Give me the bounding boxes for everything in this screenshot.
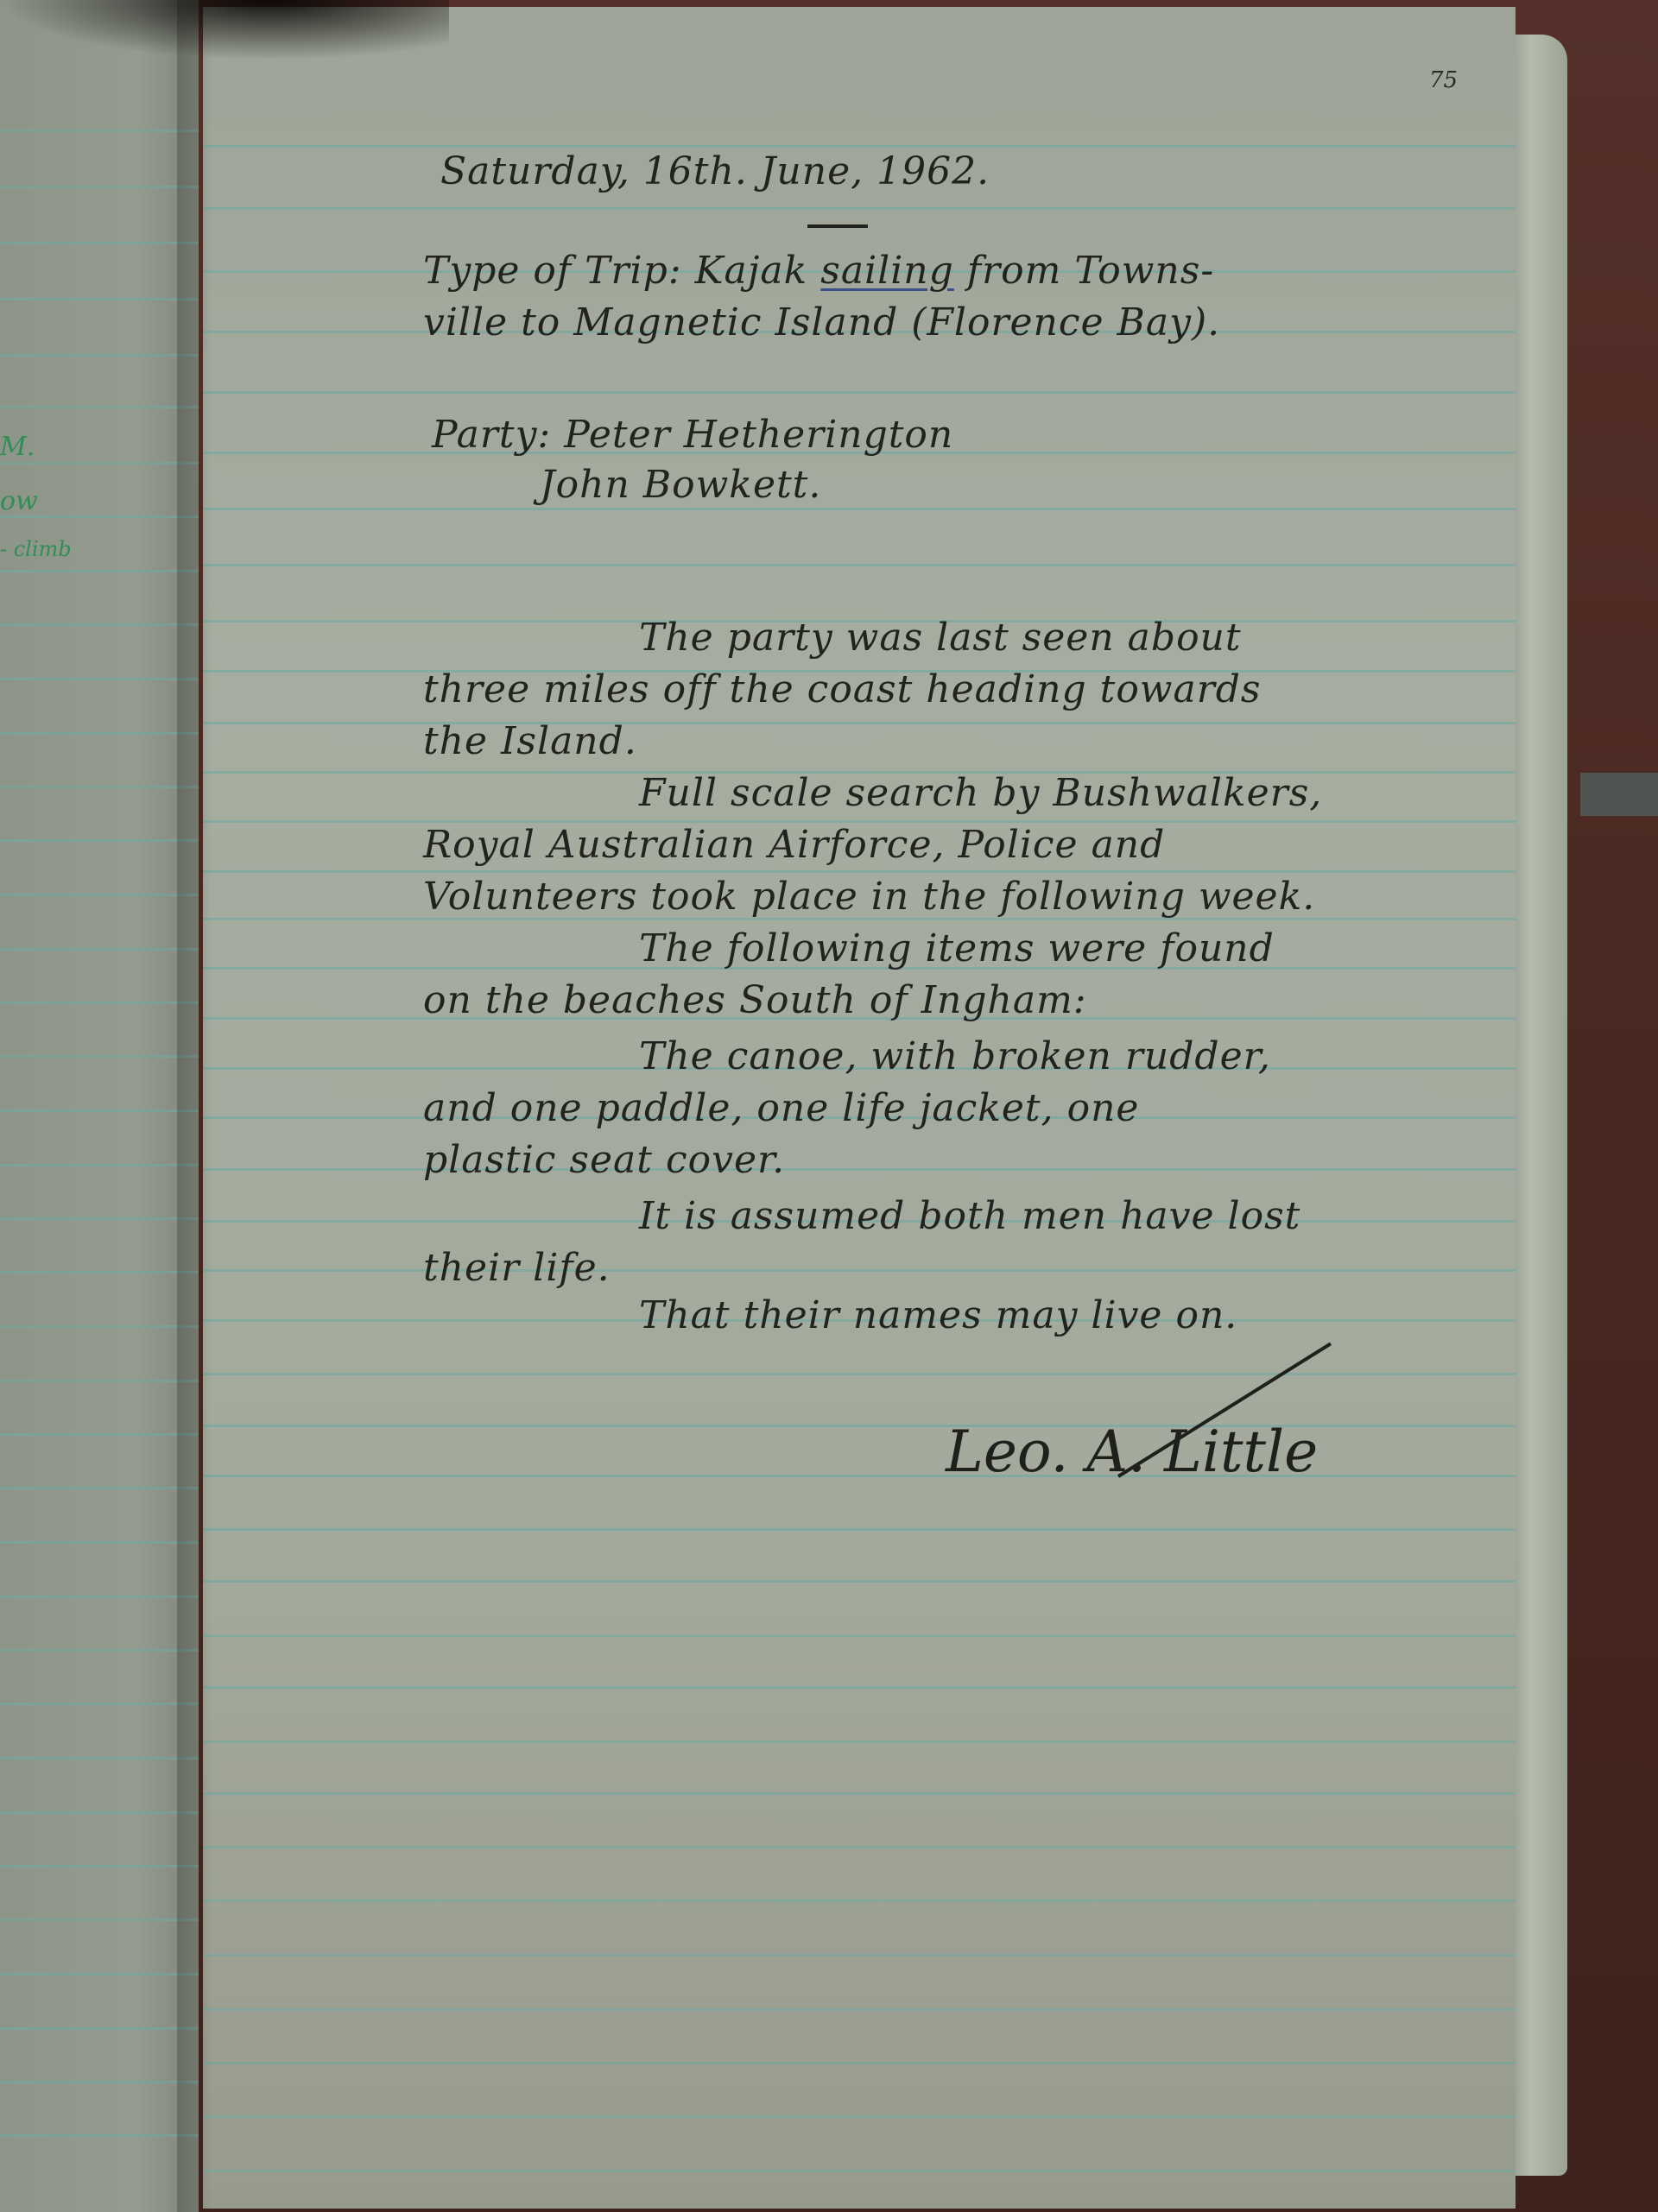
body-line: Volunteers took place in the following w… [423, 875, 1315, 919]
rule-line [0, 948, 199, 951]
margin-note: - climb [0, 537, 72, 561]
rule-line [0, 623, 199, 626]
body-line: and one paddle, one life jacket, one [423, 1086, 1139, 1130]
top-shadow [0, 0, 449, 60]
rule-line [0, 786, 199, 788]
body-line: Full scale search by Bushwalkers, [639, 771, 1322, 815]
rule-line [203, 508, 1516, 510]
rule-line [203, 2008, 1516, 2011]
signature: Leo. A. Little [946, 1419, 1318, 1485]
body-line: The party was last seen about [639, 616, 1242, 660]
rule-line [0, 1973, 199, 1975]
party-line-1: Party: Peter Hetherington [432, 413, 953, 457]
rule-line [203, 1899, 1516, 1902]
rule-line [0, 2027, 199, 2030]
party-member: John Bowkett. [540, 463, 821, 507]
rule-line [203, 1168, 1516, 1171]
journal-page: 75 Saturday, 16th. June, 1962. Type of T… [203, 7, 1516, 2209]
rule-line [203, 1741, 1516, 1743]
rule-line [203, 1954, 1516, 1956]
rule-line [0, 732, 199, 735]
rule-line [0, 1649, 199, 1652]
rule-line [0, 1271, 199, 1273]
rule-line [203, 1425, 1516, 1427]
rule-line [203, 207, 1516, 210]
body-line: Royal Australian Airforce, Police and [423, 823, 1165, 867]
rule-line [203, 1475, 1516, 1477]
rule-line [0, 1487, 199, 1489]
rule-line [0, 242, 199, 244]
rule-line [0, 1164, 199, 1166]
rule-line [0, 1380, 199, 1382]
rule-line [203, 1580, 1516, 1583]
rule-line [0, 1918, 199, 1921]
rule-line [203, 1792, 1516, 1795]
rule-line [203, 1686, 1516, 1689]
rule-line [0, 1865, 199, 1868]
rule-line [203, 722, 1516, 724]
rule-line [0, 1703, 199, 1705]
rule-line [0, 1217, 199, 1220]
body-line: their life. [423, 1246, 611, 1290]
rule-line [203, 2115, 1516, 2118]
trip-activity: sailing [820, 249, 954, 293]
book-gutter-shadow [177, 0, 212, 2212]
rule-line [0, 1055, 199, 1058]
rule-line [0, 1757, 199, 1760]
body-line: three miles off the coast heading toward… [423, 667, 1261, 711]
rule-line [0, 839, 199, 842]
rule-line [203, 870, 1516, 873]
rule-line [203, 564, 1516, 566]
body-line: The following items were found [639, 926, 1275, 970]
trip-vessel: Kajak [695, 249, 808, 293]
party-member: Peter Hetherington [564, 413, 953, 457]
rule-line [0, 354, 199, 357]
body-line: It is assumed both men have lost [639, 1194, 1300, 1238]
rule-line [203, 1528, 1516, 1531]
rule-line [0, 406, 199, 408]
page-number: 75 [1429, 67, 1458, 93]
rule-line [203, 145, 1516, 148]
trip-line-1: Type of Trip: Kajak sailing from Towns- [423, 249, 1214, 293]
rule-line [0, 570, 199, 572]
rule-line [203, 391, 1516, 394]
rule-line [0, 130, 199, 132]
body-line: The canoe, with broken rudder, [639, 1034, 1271, 1078]
rule-line [0, 1002, 199, 1004]
body-line: plastic seat cover. [423, 1138, 785, 1182]
rule-line [203, 1846, 1516, 1849]
rule-line [0, 2134, 199, 2137]
desk-strip [1580, 773, 1658, 816]
margin-note: ow [0, 486, 38, 516]
body-line: on the beaches South of Ingham: [423, 978, 1087, 1022]
party-label: Party: [432, 413, 551, 457]
rule-line [203, 2170, 1516, 2172]
date-divider [807, 224, 868, 228]
rule-line [0, 894, 199, 896]
rule-line [0, 1541, 199, 1544]
rule-line [0, 1109, 199, 1112]
trip-label: Type of Trip: [423, 249, 682, 293]
margin-note: M. [0, 432, 35, 462]
left-page: M. ow - climb [0, 0, 199, 2212]
rule-line [0, 1596, 199, 1598]
rule-line [0, 298, 199, 300]
rule-line [0, 1325, 199, 1328]
trip-line-2: ville to Magnetic Island (Florence Bay). [423, 300, 1220, 344]
trip-origin: from Towns- [967, 249, 1214, 293]
rule-line [0, 1433, 199, 1436]
rule-line [203, 1373, 1516, 1375]
rule-line [0, 2081, 199, 2083]
entry-date: Saturday, 16th. June, 1962. [440, 149, 990, 193]
rule-line [0, 678, 199, 680]
rule-line [203, 2062, 1516, 2064]
rule-line [0, 1811, 199, 1814]
page-stack-edge [1507, 35, 1567, 2176]
rule-line [203, 1634, 1516, 1637]
body-line: the Island. [423, 719, 637, 763]
rule-line [0, 186, 199, 188]
rule-line [0, 462, 199, 465]
rule-line [203, 1269, 1516, 1272]
body-line: That their names may live on. [639, 1293, 1237, 1337]
